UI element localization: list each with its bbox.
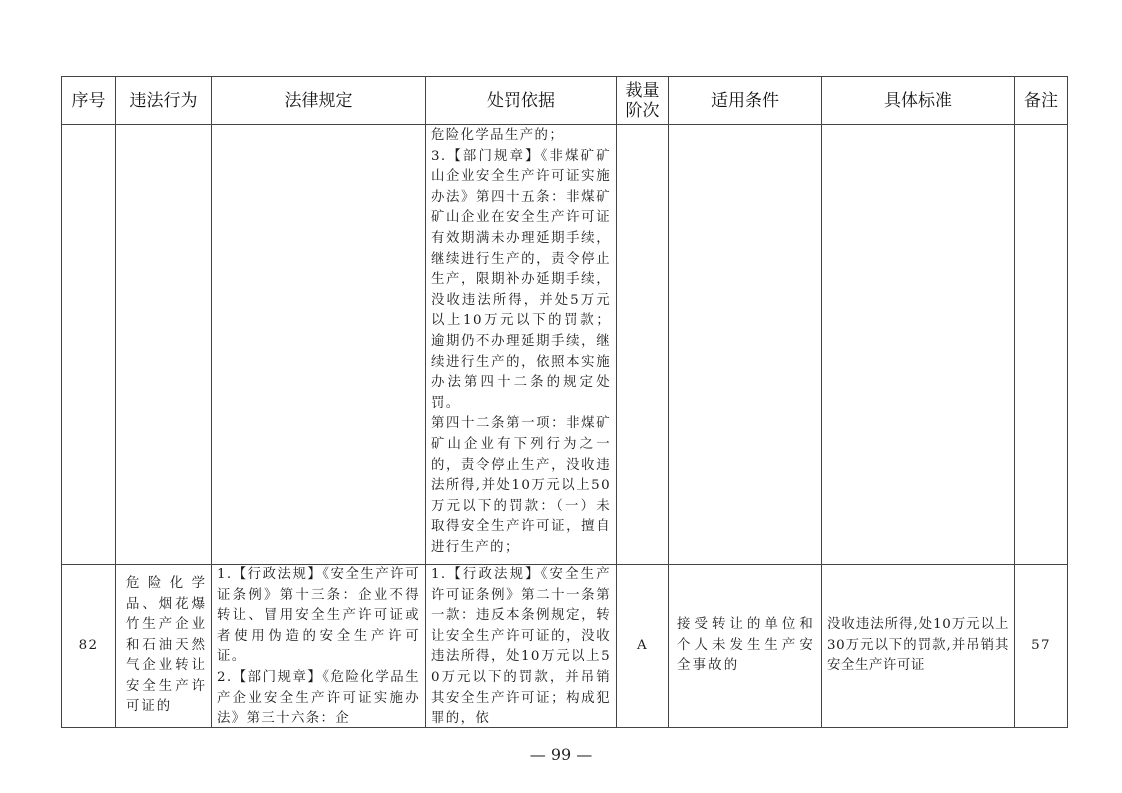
- cell-discretion-level: A: [617, 565, 669, 728]
- cell-penalty-basis: 危险化学品生产的； 3.【部门规章】《非煤矿矿山企业安全生产许可证实施办法》第四…: [426, 125, 617, 565]
- cell-legal-provision: [212, 125, 426, 565]
- header-seq: 序号: [62, 77, 116, 125]
- cell-penalty-basis: 1.【行政法规】《安全生产许可证条例》第二十一条第一款：违反本条例规定，转让安全…: [426, 565, 617, 728]
- cell-standard: [822, 125, 1015, 565]
- cell-remarks: 57: [1015, 565, 1068, 728]
- penalty-discretion-table: 序号 违法行为 法律规定 处罚依据 裁量阶次 适用条件 具体标准 备注 危险化学…: [61, 76, 1068, 728]
- header-conditions: 适用条件: [669, 77, 822, 125]
- header-violation: 违法行为: [116, 77, 212, 125]
- cell-violation: [116, 125, 212, 565]
- header-penalty-basis: 处罚依据: [426, 77, 617, 125]
- header-remarks: 备注: [1015, 77, 1068, 125]
- header-discretion-level: 裁量阶次: [617, 77, 669, 125]
- header-standard: 具体标准: [822, 77, 1015, 125]
- cell-legal-provision: 1.【行政法规】《安全生产许可证条例》第十三条：企业不得转让、冒用安全生产许可证…: [212, 565, 426, 728]
- cell-discretion-level: [617, 125, 669, 565]
- cell-conditions: [669, 125, 822, 565]
- cell-standard: 没收违法所得,处10万元以上30万元以下的罚款,并吊销其安全生产许可证: [822, 565, 1015, 728]
- table-row: 危险化学品生产的； 3.【部门规章】《非煤矿矿山企业安全生产许可证实施办法》第四…: [62, 125, 1068, 565]
- cell-conditions: 接受转让的单位和个人未发生生产安全事故的: [669, 565, 822, 728]
- cell-violation: 危险化学品、烟花爆竹生产企业和石油天然气企业转让安全生产许可证的: [116, 565, 212, 728]
- cell-seq: [62, 125, 116, 565]
- cell-seq: 82: [62, 565, 116, 728]
- table-header-row: 序号 违法行为 法律规定 处罚依据 裁量阶次 适用条件 具体标准 备注: [62, 77, 1068, 125]
- header-legal-provision: 法律规定: [212, 77, 426, 125]
- page-number: — 99 —: [0, 745, 1122, 764]
- table-row: 82 危险化学品、烟花爆竹生产企业和石油天然气企业转让安全生产许可证的 1.【行…: [62, 565, 1068, 728]
- cell-remarks: [1015, 125, 1068, 565]
